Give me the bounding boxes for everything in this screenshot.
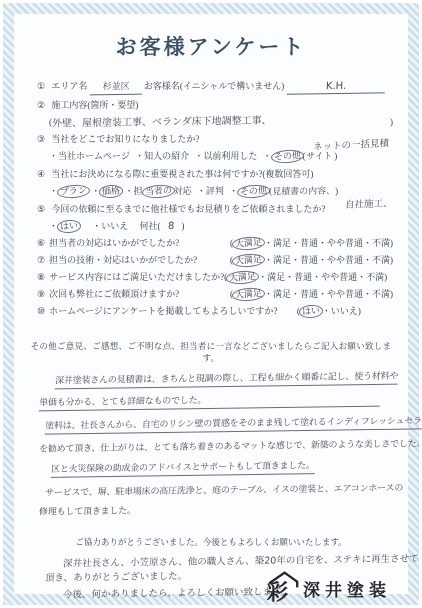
question-4-label: 当社にお決めになる際に重要視された事は何ですか?(複数回答可)	[51, 169, 313, 179]
answer-yes-circled: はい	[298, 304, 323, 319]
close-paren: )	[335, 186, 338, 196]
option-staff-response-post: 対応	[174, 186, 192, 196]
scale-rest: ・いいえ)	[322, 306, 361, 316]
feedback-line: 区と火災保険の助成金のアドバイスとサポートもして頂きました。	[51, 461, 391, 476]
question-7-number: ⑦	[37, 254, 45, 267]
feedback-prompt: その他ご意見、ご感想、ご不明な点、担当者に一言などございましたらご記入お願い致し…	[27, 340, 395, 364]
option-referral: ・知人の紹介	[135, 151, 189, 161]
feedback-line-text: 深井塗装さんの見積書は、きちんと現調の際し、工程も細かく順番に記し、使う材料や	[55, 371, 399, 390]
close-paren: )	[390, 116, 393, 129]
feedback-line-text: を勧めて頂き、仕上がりは、とても落ち着きのあるマットな感じで、新築のような美しさ…	[39, 438, 422, 455]
question-1-area-label: エリア名	[51, 81, 87, 91]
question-10-scale: (はい・いいえ)	[297, 305, 361, 318]
footer-hand-text: 今後、何かありましたら、よろしくお願い致します。	[63, 584, 291, 603]
rating-daimanzoku-circled: 大満足	[232, 287, 266, 302]
question-10-number: ⑩	[37, 305, 45, 318]
question-9-number: ⑨	[37, 288, 45, 301]
scale-rest: ・満足・普通・やや普通・不満)	[264, 238, 393, 248]
option-staff-response-circled: 当者の	[141, 184, 175, 199]
option-homepage: ・当社ホームページ	[49, 151, 130, 161]
company-logo-house-icon: 彩	[263, 570, 299, 606]
rating-daimanzoku-circled: 大満足	[232, 253, 266, 268]
decorative-border: お客様アンケート ① エリア名 杉並区 お客様名(イニシャルで構いません) K.…	[3, 3, 419, 605]
customer-initials-handwritten: K.H.	[286, 79, 385, 94]
feedback-line: サービスで、塀、駐車場床の高圧洗浄と、庭のテーブル、イスの塗装と、エアコンホース…	[45, 484, 391, 497]
question-1-number: ①	[37, 81, 45, 91]
feedback-line-text: 区と火災保険の助成金のアドバイスとサポートもして頂きました。	[51, 460, 315, 478]
question-1-name-label: お客様名(イニシャルで構いません)	[144, 81, 284, 91]
area-name-handwritten: 杉並区	[89, 81, 142, 96]
closing-thanks-text: ご協力ありがとうございました。今後ともよろしくお願いいたします。	[27, 536, 395, 548]
option-no: ・いいえ	[92, 221, 128, 231]
company-logo: 彩 深井塗装	[263, 570, 391, 606]
question-3-options-row: ・当社ホームページ ・知人の紹介 ・以前利用した ・その他(サイト ) ネットの…	[49, 150, 395, 164]
question-4-options-row: ・プラン ・価格 ・担当者の対応 ・評判 ・その他(見積書の内容、) 自社施工、	[49, 185, 395, 199]
question-2: ② 施工内容(箇所・要望)	[37, 99, 395, 112]
feedback-line: を勧めて頂き、仕上がりは、とても落ち着きのあるマットな感じで、新築のような美しさ…	[39, 440, 391, 453]
question-7-scale: (大満足・満足・普通・やや普通・不満)	[230, 254, 393, 267]
page-title: お客様アンケート	[27, 34, 395, 60]
option-plan-circled: プラン	[57, 184, 91, 199]
feedback-line: 塗料は、社長さんから、自宅のリシン壁の質感をそのまま残して塗れるインディフレッシ…	[45, 417, 391, 432]
feedback-line: 深井塗装さんの見積書は、きちんと現調の際し、工程も細かく順番に記し、使う材料や	[55, 372, 391, 387]
close-paren: )	[181, 221, 184, 231]
rating-daimanzoku-circled: 大満足	[226, 270, 260, 285]
company-count-label: 何社(	[140, 221, 161, 231]
question-8-scale: (大満足・満足・普通・やや普通・不満)	[224, 271, 387, 284]
feedback-line: 単価も分かる、とても詳細なものでした。	[39, 395, 391, 409]
logo-mark-character: 彩	[267, 581, 289, 605]
question-10: ⑩ ホームページにアンケートを掲載してもよろしいですか? (はい・いいえ)	[37, 305, 361, 318]
option-reputation: ・評判	[197, 186, 224, 196]
question-7: ⑦ 担当の技術・対応はいかがでしたか? (大満足・満足・普通・やや普通・不満)	[37, 254, 393, 267]
question-6-label: 担当者の対応はいかがでしたか?	[49, 237, 179, 250]
question-7-label: 担当の技術・対応はいかがでしたか?	[49, 254, 197, 267]
rating-daimanzoku-circled: 大満足	[232, 236, 266, 251]
question-2-answer-row: ( 外壁、屋根塗装工事、ベランダ床下地調整工事、 )	[49, 116, 393, 129]
feedback-line: 修理もして頂きました。	[39, 505, 391, 518]
question-5-number: ⑤	[37, 204, 45, 214]
question-9: ⑨ 次回も弊社にご依頼頂けますか? (大満足・満足・普通・やや普通・不満)	[37, 288, 393, 301]
other-reason-handwritten: 見積書の内容、	[272, 186, 336, 200]
question-2-label: 施工内容(箇所・要望)	[51, 100, 138, 110]
option-staff-response-pre: ・担	[125, 186, 143, 196]
question-8-number: ⑧	[37, 271, 45, 284]
question-1: ① エリア名 杉並区 お客様名(イニシャルで構いません) K.H.	[37, 80, 395, 95]
question-8: ⑧ サービス内容にはご満足いただけましたか? (大満足・満足・普通・やや普通・不…	[37, 271, 393, 284]
question-5-answer-row: ・はい ・いいえ 何社( 8 )	[49, 220, 395, 233]
construction-content-handwritten: 外壁、屋根塗装工事、ベランダ床下地調整工事、	[52, 114, 272, 130]
question-6-scale: (大満足・満足・普通・やや普通・不満)	[230, 237, 393, 250]
question-3-number: ③	[37, 134, 45, 144]
question-6-number: ⑥	[37, 237, 45, 250]
feedback-line-text: 単価も分かる、とても詳細なものでした。	[39, 393, 381, 412]
feedback-handwritten-block: 深井塗装さんの見積書は、きちんと現調の際し、工程も細かく順番に記し、使う材料や …	[27, 372, 395, 518]
question-8-label: サービス内容にはご満足いただけましたか?	[49, 271, 224, 284]
feedback-line-text: 塗料は、社長さんから、自宅のリシン壁の質感をそのまま残して塗れるインディフレッシ…	[45, 415, 422, 434]
question-9-label: 次回も弊社にご依頼頂けますか?	[49, 288, 179, 301]
scanned-survey-sheet: お客様アンケート ① エリア名 杉並区 お客様名(イニシャルで構いません) K.…	[0, 0, 422, 608]
survey-paper: お客様アンケート ① エリア名 杉並区 お客様名(イニシャルで構いません) K.…	[14, 14, 408, 594]
question-10-label: ホームページにアンケートを掲載してもよろしいですか?	[49, 305, 277, 318]
other-source-note-handwritten: ネットの一括見積	[313, 137, 389, 154]
feedback-line-text: サービスで、塀、駐車場床の高圧洗浄と、庭のテーブル、イスの塗装と、エアコンホース…	[45, 482, 404, 499]
option-used-before: ・以前利用した	[194, 151, 257, 161]
question-9-scale: (大満足・満足・普通・やや普通・不満)	[230, 288, 393, 301]
question-4: ④ 当社にお決めになる際に重要視された事は何ですか?(複数回答可)	[37, 168, 395, 181]
option-yes-circled: はい	[57, 219, 82, 234]
question-2-number: ②	[37, 100, 45, 110]
option-other-circled: その他	[270, 149, 304, 164]
company-count-handwritten: 8	[163, 220, 180, 233]
scale-rest: ・満足・普通・やや普通・不満)	[264, 255, 393, 265]
option-other-circled: その他	[237, 184, 271, 199]
question-3-label: 当社をどこでお知りになりましたか?	[51, 134, 199, 144]
scale-rest: ・満足・普通・やや普通・不満)	[258, 272, 387, 282]
company-name-text: 深井塗装	[303, 576, 391, 601]
footer-hand-text: 頂き、ありがとうございました。	[45, 569, 188, 587]
footer-handwritten-block: 深井社長さん、小笠原さん、他の職人さん、築20年の自宅を、ステキに再生させて 頂…	[45, 554, 395, 602]
footer-hand-line: 深井社長さん、小笠原さん、他の職人さん、築20年の自宅を、ステキに再生させて	[63, 554, 395, 570]
option-price-circled: 価格	[99, 184, 124, 199]
question-5-label: 今回の依頼に至るまでに他社様でもお見積りをご依頼されましたか?	[51, 204, 325, 214]
question-4-number: ④	[37, 169, 45, 179]
question-5: ⑤ 今回の依頼に至るまでに他社様でもお見積りをご依頼されましたか?	[37, 203, 395, 216]
scale-rest: ・満足・普通・やや普通・不満)	[264, 289, 393, 299]
feedback-line-text: 修理もして頂きました。	[39, 505, 136, 518]
question-6: ⑥ 担当者の対応はいかがでしたか? (大満足・満足・普通・やや普通・不満)	[37, 237, 393, 250]
